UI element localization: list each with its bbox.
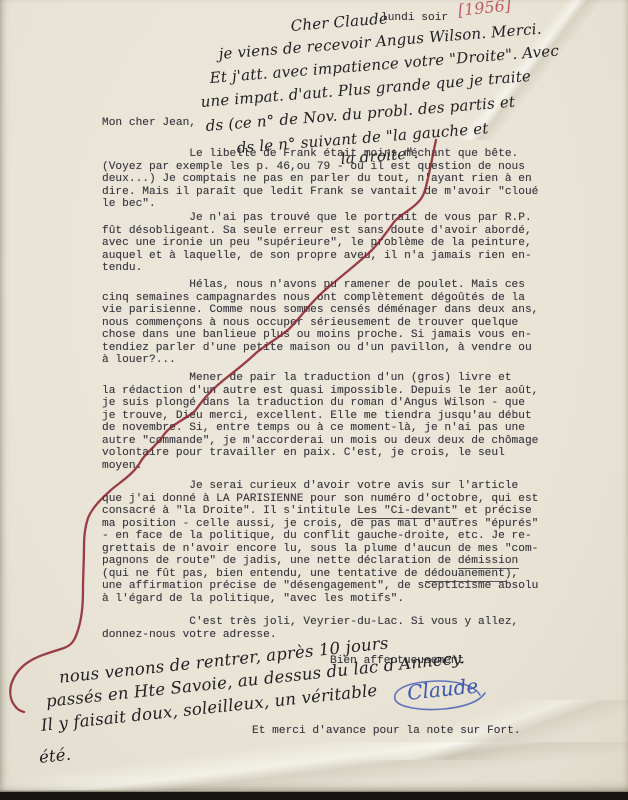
salutation: Mon cher Jean, [102,117,196,130]
paragraph: Je n'ai pas trouvé que le portrait de vo… [102,212,532,275]
underline-mark [458,568,519,569]
postscript: Et merci d'avance pour la note sur Fort. [252,725,521,738]
underline-mark [425,581,506,582]
underline-mark [357,518,458,519]
scanned-letter-page: lundi soir [1956] Cher Claude je viens d… [0,0,628,800]
paragraph: Mener de pair la traduction d'un (gros) … [102,372,538,472]
paragraph: C'est très joli, Veyrier-du-Lac. Si vous… [102,616,518,641]
date-line: lundi soir [381,12,448,25]
paragraph: Hélas, nous n'avons pu ramener de poulet… [102,279,538,367]
paragraph: Le libelle de Frank était moins méchant … [102,148,538,211]
paragraph: Je serai curieux d'avoir votre avis sur … [102,480,538,605]
handwritten-bottom-line: été. [38,745,72,767]
